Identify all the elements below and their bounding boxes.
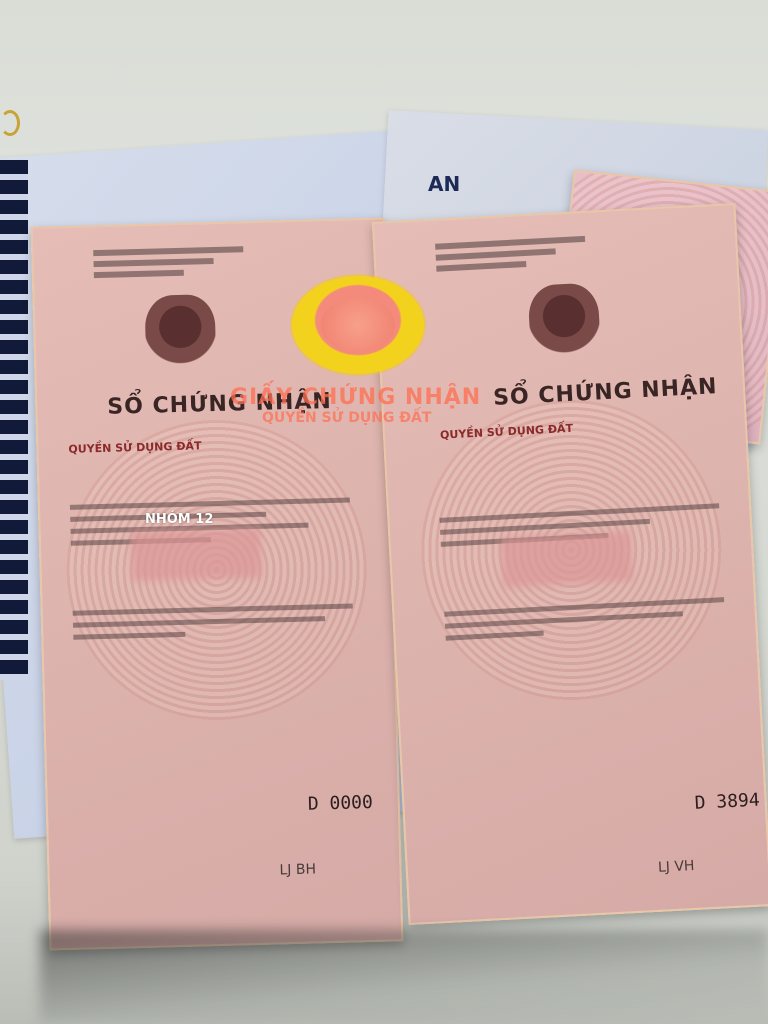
table-shadow: [40, 930, 768, 1024]
blurred-personal-info: [501, 531, 633, 588]
official-seal-icon: [292, 276, 424, 374]
certificate-right: SỔ CHỨNG NHẬN QUYỀN SỬ DỤNG ĐẤT D 3894 L…: [372, 203, 768, 925]
national-emblem-icon: [527, 282, 601, 366]
binder-edge: [0, 160, 28, 680]
watermark-headline: GIẤY CHỨNG NHẬN: [230, 385, 481, 410]
page-code: LJ VH: [658, 858, 695, 876]
serial-number: D 0000: [308, 792, 374, 815]
overlay-label: NHÓM 12: [145, 512, 213, 527]
national-emblem-icon: [144, 294, 216, 376]
header-text: [93, 241, 244, 283]
header-text: [435, 231, 587, 277]
blurred-personal-info: [131, 528, 262, 581]
back-document-logo: AN: [428, 172, 460, 196]
watermark-subline: QUYỀN SỬ DỤNG ĐẤT: [262, 410, 431, 426]
binder-ring: [0, 110, 20, 136]
serial-number: D 3894: [694, 790, 760, 814]
page-code: LJ BH: [279, 862, 316, 879]
